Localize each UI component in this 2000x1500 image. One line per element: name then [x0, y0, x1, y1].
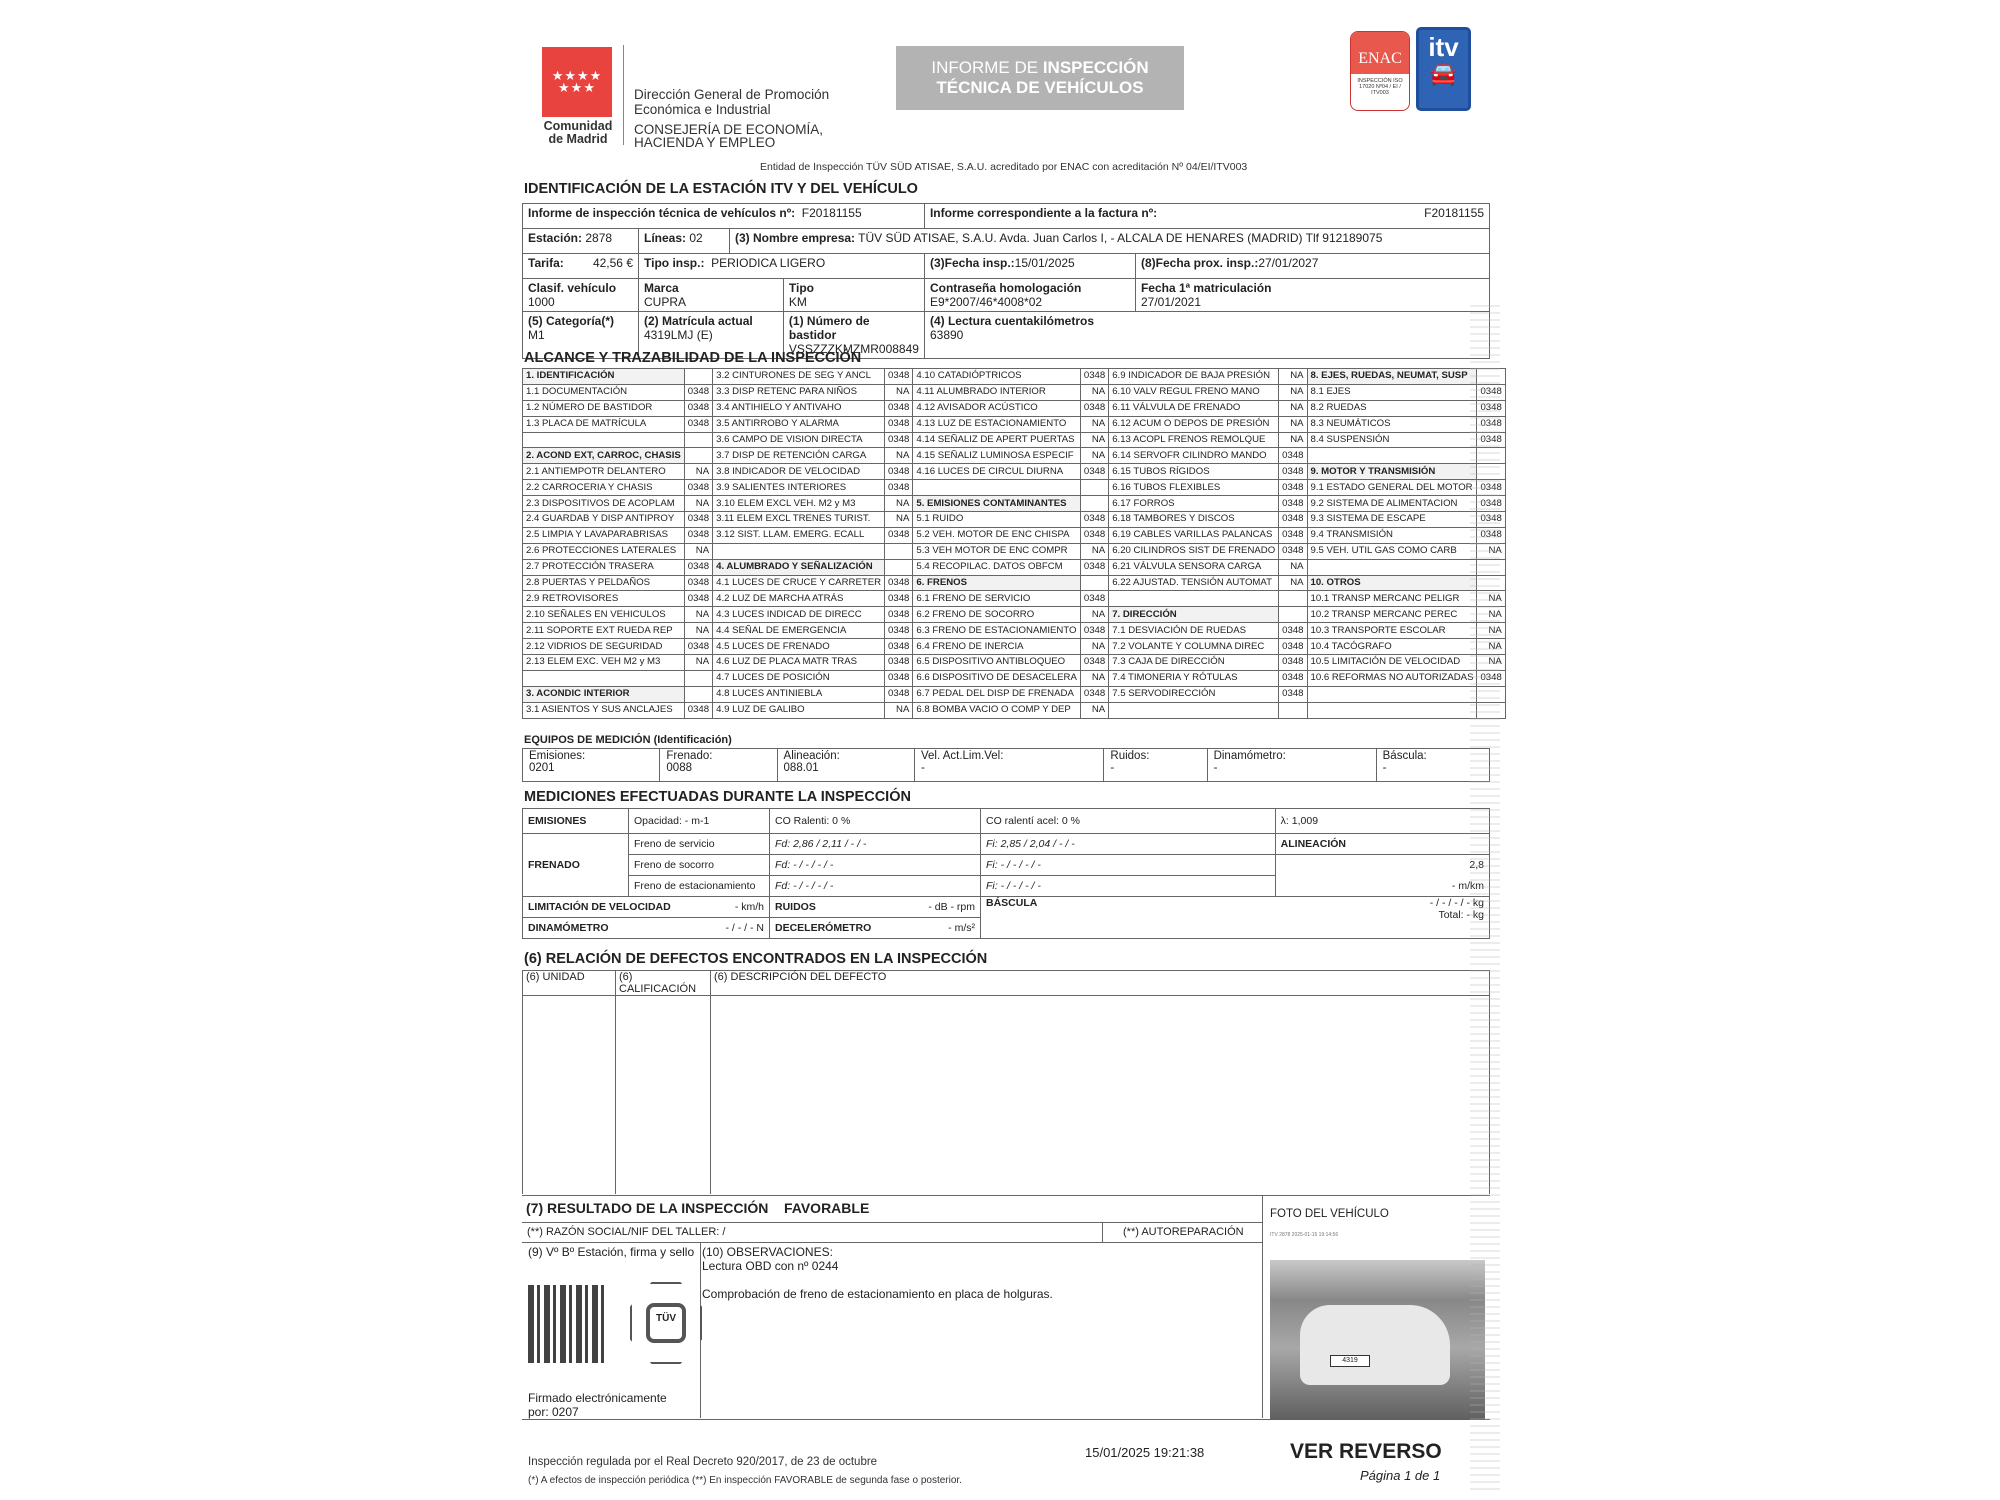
alcance-item-label: 3.3 DISP RETENC PARA NIÑOS [713, 384, 885, 400]
alcance-item-label [913, 480, 1080, 496]
alcance-row: 3.1 ASIENTOS Y SUS ANCLAJES03484.9 LUZ D… [523, 702, 1506, 718]
alcance-item-label [523, 432, 685, 448]
alcance-item-label: 7.2 VOLANTE Y COLUMNA DIREC [1109, 639, 1279, 655]
alcance-item-label: 4.5 LUCES DE FRENADO [713, 639, 885, 655]
fecha-prox-value: 27/01/2027 [1258, 256, 1318, 270]
alcance-item-label: 9.3 SISTEMA DE ESCAPE [1307, 512, 1477, 528]
alcance-item-code: NA [1279, 400, 1307, 416]
alcance-item-label: 3.12 SIST. LLAM. EMERG. ECALL [713, 527, 885, 543]
alcance-item-code: 0348 [885, 432, 913, 448]
alcance-table: 1. IDENTIFICACIÓN3.2 CINTURONES DE SEG Y… [522, 368, 1506, 719]
alcance-item-code [1279, 607, 1307, 623]
alcance-item-code: 0348 [885, 464, 913, 480]
observacion-2: Comprobación de freno de estacionamiento… [702, 1287, 1053, 1301]
alcance-item-label: 6.4 FRENO DE INERCIA [913, 639, 1080, 655]
alcance-item-code: 0348 [1279, 686, 1307, 702]
alcance-item-code: 0348 [684, 639, 712, 655]
lambda-value: λ: 1,009 [1275, 809, 1489, 834]
car-image-icon [1300, 1305, 1450, 1385]
alcance-item-code: 0348 [1080, 464, 1108, 480]
equipo-cell: Frenado:0088 [660, 749, 777, 782]
alcance-item-label: 4.7 LUCES DE POSICIÓN [713, 670, 885, 686]
alcance-item-code: 0348 [885, 480, 913, 496]
page-number: Página 1 de 1 [1360, 1468, 1440, 1483]
alcance-item-code: 0348 [885, 591, 913, 607]
alcance-item-label: 6.2 FRENO DE SOCORRO [913, 607, 1080, 623]
alcance-item-code [684, 448, 712, 464]
alcance-item-code: NA [684, 496, 712, 512]
alcance-item-label: 3.4 ANTIHIELO Y ANTIVAHO [713, 400, 885, 416]
alcance-item-label [1109, 702, 1279, 718]
alcance-item-label: 6.13 ACOPL FRENOS REMOLQUE [1109, 432, 1279, 448]
freno-estacionamiento-fd: Fd: - / - / - / - [770, 876, 981, 897]
alcance-item-label: 6.21 VÁLVULA SENSORA CARGA [1109, 559, 1279, 575]
alcance-item-code: NA [1080, 432, 1108, 448]
section-equipos-title: EQUIPOS DE MEDICIÓN (Identificación) [524, 734, 732, 746]
section-mediciones-title: MEDICIONES EFECTUADAS DURANTE LA INSPECC… [524, 789, 911, 805]
equipo-cell: Dinamómetro:- [1207, 749, 1376, 782]
alcance-item-label: 6.9 INDICADOR DE BAJA PRESIÓN [1109, 369, 1279, 385]
marca-value: CUPRA [644, 295, 778, 309]
alcance-group-header: 9. MOTOR Y TRANSMISIÓN [1307, 464, 1477, 480]
alcance-row: 1.2 NÚMERO DE BASTIDOR03483.4 ANTIHIELO … [523, 400, 1506, 416]
alcance-item-code: 0348 [684, 400, 712, 416]
co-ralenti-acel-value: CO ralentí acel: 0 % [981, 809, 1276, 834]
resultado-value: FAVORABLE [784, 1200, 869, 1216]
alcance-item-code: 0348 [684, 416, 712, 432]
alcance-item-code: NA [885, 702, 913, 718]
identificacion-table: Informe de inspección técnica de vehícul… [522, 203, 1490, 359]
alcance-row: 2. ACOND EXT, CARROC, CHASIS3.7 DISP DE … [523, 448, 1506, 464]
alcance-item-label: 4.2 LUZ DE MARCHA ATRÁS [713, 591, 885, 607]
alcance-row: 2.11 SOPORTE EXT RUEDA REPNA4.4 SEÑAL DE… [523, 623, 1506, 639]
alcance-item-label: 1.1 DOCUMENTACIÓN [523, 384, 685, 400]
alcance-item-code: NA [1279, 575, 1307, 591]
alcance-item-label: 2.1 ANTIEMPOTR DELANTERO [523, 464, 685, 480]
alcance-item-code: 0348 [885, 655, 913, 671]
freno-socorro-fd: Fd: - / - / - / - [770, 855, 981, 876]
alcance-item-code: NA [1080, 702, 1108, 718]
equipo-cell: Ruidos:- [1104, 749, 1207, 782]
equipo-label: Dinamómetro: [1214, 750, 1370, 762]
alcance-item-label: 6.10 VALV REGUL FRENO MANO [1109, 384, 1279, 400]
alcance-item-code: NA [1279, 384, 1307, 400]
tipo-insp-value: PERIODICA LIGERO [711, 256, 825, 270]
alcance-item-label: 6.20 CILINDROS SIST DE FRENADO [1109, 543, 1279, 559]
alcance-item-code [1080, 575, 1108, 591]
alcance-item-code: 0348 [684, 559, 712, 575]
alcance-item-code [1080, 496, 1108, 512]
alcance-item-label: 5.2 VEH. MOTOR DE ENC CHISPA [913, 527, 1080, 543]
report-title: INFORME DE INSPECCIÓNTÉCNICA DE VEHÍCULO… [896, 46, 1184, 110]
alcance-item-code: 0348 [684, 575, 712, 591]
alcance-item-label: 4.3 LUCES INDICAD DE DIRECC [713, 607, 885, 623]
equipo-label: Frenado: [666, 750, 770, 762]
alcance-item-code [684, 686, 712, 702]
alcance-item-code: 0348 [885, 607, 913, 623]
estacion-label: Estación: [528, 231, 582, 245]
categoria-value: M1 [528, 328, 633, 342]
alcance-item-code: NA [1080, 416, 1108, 432]
dg-line1: Dirección General de Promoción [634, 87, 829, 102]
alineacion-label: ALINEACIÓN [1275, 834, 1489, 855]
firmado-por: por: 0207 [528, 1405, 667, 1419]
co-ralenti-value: CO Ralenti: 0 % [770, 809, 981, 834]
alcance-item-label: 2.2 CARROCERIA Y CHASIS [523, 480, 685, 496]
section-alcance-title: ALCANCE Y TRAZABILIDAD DE LA INSPECCIÓN [524, 350, 861, 366]
alcance-item-label: 2.6 PROTECCIONES LATERALES [523, 543, 685, 559]
contrasena-value: E9*2007/46*4008*02 [930, 295, 1130, 309]
alcance-item-label: 3.1 ASIENTOS Y SUS ANCLAJES [523, 702, 685, 718]
enac-sub: INSPECCIÓN ISO 17020 Nº04 / EI / ITV003 [1351, 74, 1409, 96]
alcance-item-label: 4.6 LUZ DE PLACA MATR TRAS [713, 655, 885, 671]
col-calificacion: (6) CALIFICACIÓN [616, 971, 711, 996]
alcance-item-code: 0348 [885, 623, 913, 639]
alcance-item-code: 0348 [1279, 512, 1307, 528]
observacion-1: Lectura OBD con nº 0244 [702, 1259, 1053, 1273]
alcance-item-label: 6.7 PEDAL DEL DISP DE FRENADA [913, 686, 1080, 702]
alcance-item-code: NA [1080, 639, 1108, 655]
alcance-group-header: 7. DIRECCIÓN [1109, 607, 1279, 623]
alcance-item-label: 4.16 LUCES DE CIRCUL DIURNA [913, 464, 1080, 480]
factura-value: F20181155 [1424, 206, 1484, 220]
alcance-item-label: 6.22 AJUSTAD. TENSIÓN AUTOMAT [1109, 575, 1279, 591]
alcance-item-label [523, 670, 685, 686]
alcance-item-code: 0348 [885, 400, 913, 416]
alcance-item-code: 0348 [1279, 527, 1307, 543]
alcance-item-label: 10.1 TRANSP MERCANC PELIGR [1307, 591, 1477, 607]
alcance-item-label [1307, 559, 1477, 575]
alcance-item-code: 0348 [1080, 559, 1108, 575]
alcance-item-code: 0348 [885, 527, 913, 543]
alcance-item-code: 0348 [885, 416, 913, 432]
alcance-item-code [1279, 591, 1307, 607]
alcance-item-label: 3.7 DISP DE RETENCIÓN CARGA [713, 448, 885, 464]
alcance-item-label: 7.3 CAJA DE DIRECCIÓN [1109, 655, 1279, 671]
consejeria: CONSEJERÍA DE ECONOMÍA,HACIENDA Y EMPLEO [634, 123, 823, 149]
alcance-item-label: 4.8 LUCES ANTINIEBLA [713, 686, 885, 702]
alcance-item-code: 0348 [1279, 639, 1307, 655]
lim-vel-value: - km/h [735, 901, 764, 913]
scan-noise [1470, 300, 1500, 1490]
firmado-label: Firmado electrónicamente [528, 1391, 667, 1405]
title-light: INFORME DE [931, 58, 1042, 77]
alcance-item-label: 6.15 TUBOS RÍGIDOS [1109, 464, 1279, 480]
footer-decreto: Inspección regulada por el Real Decreto … [528, 1456, 877, 1468]
fecha-prox-label: (8)Fecha prox. insp.: [1141, 256, 1258, 270]
alcance-item-code: 0348 [1279, 480, 1307, 496]
equipos-table: Emisiones:0201Frenado:0088Alineación:088… [522, 748, 1490, 782]
alineacion-value: 2,8 [1275, 855, 1489, 876]
alcance-group-header: 8. EJES, RUEDAS, NEUMAT, SUSP [1307, 369, 1477, 385]
alcance-item-label: 10.5 LIMITACIÓN DE VELOCIDAD [1307, 655, 1477, 671]
alcance-item-code: 0348 [684, 512, 712, 528]
comunidad-madrid-name: Comunidadde Madrid [540, 120, 616, 146]
alcance-group-header: 1. IDENTIFICACIÓN [523, 369, 685, 385]
alcance-item-label: 2.10 SEÑALES EN VEHICULOS [523, 607, 685, 623]
dg-line2: Económica e Industrial [634, 102, 829, 117]
alcance-item-label: 6.12 ACUM O DEPOS DE PRESIÓN [1109, 416, 1279, 432]
alcance-item-code: 0348 [1279, 496, 1307, 512]
alcance-item-label: 8.3 NEUMÁTICOS [1307, 416, 1477, 432]
alcance-item-label: 7.1 DESVIACIÓN DE RUEDAS [1109, 623, 1279, 639]
alcance-item-code: 0348 [1279, 670, 1307, 686]
foto-label: FOTO DEL VEHÍCULO [1270, 1208, 1389, 1220]
cons-line2: HACIENDA Y EMPLEO [634, 136, 823, 149]
alcance-item-label: 8.4 SUSPENSIÓN [1307, 432, 1477, 448]
alcance-item-label: 2.13 ELEM EXC. VEH M2 y M3 [523, 655, 685, 671]
alcance-item-label: 2.9 RETROVISORES [523, 591, 685, 607]
alcance-item-code: NA [1080, 448, 1108, 464]
marca-label: Marca [644, 281, 778, 295]
alcance-item-label: 9.2 SISTEMA DE ALIMENTACION [1307, 496, 1477, 512]
alcance-row: 1.1 DOCUMENTACIÓN03483.3 DISP RETENC PAR… [523, 384, 1506, 400]
alcance-item-code: 0348 [1279, 448, 1307, 464]
comunidad-madrid-logo: ★★★★ ★★★ [542, 47, 612, 117]
alcance-item-code [684, 369, 712, 385]
alcance-item-label: 5.3 VEH MOTOR DE ENC COMPR [913, 543, 1080, 559]
alcance-item-label: 3.11 ELEM EXCL TRENES TURIST. [713, 512, 885, 528]
alcance-item-label: 8.2 RUEDAS [1307, 400, 1477, 416]
alcance-item-label: 6.14 SERVOFR CILINDRO MANDO [1109, 448, 1279, 464]
alcance-item-label: 2.12 VIDRIOS DE SEGURIDAD [523, 639, 685, 655]
itv-label: itv [1419, 32, 1468, 62]
alcance-item-code: 0348 [885, 639, 913, 655]
equipo-label: Ruidos: [1110, 750, 1200, 762]
equipo-label: Emisiones: [529, 750, 653, 762]
autoreparacion-label: (**) AUTOREPARACIÓN [1102, 1223, 1263, 1242]
stars-icon: ★★★★ ★★★ [542, 70, 612, 94]
car-icon: 🚘 [1419, 62, 1468, 86]
equipo-value: 088.01 [784, 762, 908, 774]
alcance-row: 2.3 DISPOSITIVOS DE ACOPLAMNA3.10 ELEM E… [523, 496, 1506, 512]
resultado-label: (7) RESULTADO DE LA INSPECCIÓN [526, 1200, 768, 1216]
bascula-total: Total: - kg [986, 909, 1484, 921]
alcance-item-code [885, 559, 913, 575]
alcance-item-label: 5.1 RUIDO [913, 512, 1080, 528]
alcance-item-code [1279, 702, 1307, 718]
alcance-item-label: 2.11 SOPORTE EXT RUEDA REP [523, 623, 685, 639]
alcance-row: 2.9 RETROVISORES03484.2 LUZ DE MARCHA AT… [523, 591, 1506, 607]
alcance-item-label: 10.6 REFORMAS NO AUTORIZADAS [1307, 670, 1477, 686]
alcance-item-code: NA [1279, 559, 1307, 575]
alcance-item-label: 6.19 CABLES VARILLAS PALANCAS [1109, 527, 1279, 543]
alcance-item-code: 0348 [1080, 655, 1108, 671]
equipo-label: Vel. Act.Lim.Vel: [921, 750, 1097, 762]
alcance-item-label: 5.4 RECOPILAC. DATOS OBFCM [913, 559, 1080, 575]
alcance-item-code: 0348 [885, 686, 913, 702]
taller-label: (**) RAZÓN SOCIAL/NIF DEL TALLER: / [522, 1226, 725, 1238]
alcance-row: 2.5 LIMPIA Y LAVAPARABRISAS03483.12 SIST… [523, 527, 1506, 543]
alcance-item-code: 0348 [885, 575, 913, 591]
factura-label: Informe correspondiente a la factura nº: [930, 206, 1157, 220]
alcance-item-code: NA [684, 607, 712, 623]
fecha-matric-label: Fecha 1ª matriculación [1141, 281, 1484, 295]
alcance-item-label: 2.8 PUERTAS Y PELDAÑOS [523, 575, 685, 591]
equipo-value: 0201 [529, 762, 653, 774]
alcance-item-label: 4.14 SEÑALIZ DE APERT PUERTAS [913, 432, 1080, 448]
opacidad-value: Opacidad: - m-1 [629, 809, 770, 834]
estacion-value: 2878 [585, 231, 612, 245]
alcance-row: 2.2 CARROCERIA Y CHASIS03483.9 SALIENTES… [523, 480, 1506, 496]
equipo-value: - [921, 762, 1097, 774]
entidad-text: Entidad de Inspección TÜV SÜD ATISAE, S.… [760, 161, 1247, 173]
header-divider [623, 45, 624, 145]
informe-value: F20181155 [802, 206, 862, 220]
taller-row: (**) RAZÓN SOCIAL/NIF DEL TALLER: / (**)… [522, 1222, 1262, 1243]
matricula-label: (2) Matrícula actual [644, 314, 778, 328]
alcance-item-code: 0348 [1080, 686, 1108, 702]
alcance-item-code: NA [684, 543, 712, 559]
alcance-item-label: 4.15 SEÑALIZ LUMINOSA ESPECIF [913, 448, 1080, 464]
alcance-item-label [1307, 448, 1477, 464]
alcance-item-code: 0348 [1080, 400, 1108, 416]
alcance-group-header: 6. FRENOS [913, 575, 1080, 591]
alcance-item-label [1307, 702, 1477, 718]
empresa-label: (3) Nombre empresa: [735, 231, 855, 245]
freno-estacionamiento-fi: Fi: - / - / - / - [981, 876, 1276, 897]
vehicle-photo: 4319 [1270, 1260, 1485, 1420]
alcance-item-code: NA [1080, 607, 1108, 623]
alcance-item-label: 4.4 SEÑAL DE EMERGENCIA [713, 623, 885, 639]
col-unidad: (6) UNIDAD [523, 971, 616, 996]
footer-timestamp: 15/01/2025 19:21:38 [1085, 1445, 1204, 1460]
alcance-item-code: 0348 [885, 369, 913, 385]
fecha-matric-value: 27/01/2021 [1141, 295, 1484, 309]
alcance-item-code: NA [1279, 369, 1307, 385]
plate-text: 4319 [1330, 1355, 1370, 1367]
equipo-cell: Vel. Act.Lim.Vel:- [914, 749, 1103, 782]
alcance-item-code: 0348 [1080, 623, 1108, 639]
freno-servicio-fi: Fi: 2,85 / 2,04 / - / - [981, 834, 1276, 855]
defecto-calificacion-cell [616, 996, 711, 1195]
contrasena-label: Contraseña homologación [930, 281, 1130, 295]
alcance-row: 3. ACONDIC INTERIOR4.8 LUCES ANTINIEBLA0… [523, 686, 1506, 702]
emisiones-label: EMISIONES [523, 809, 629, 834]
alcance-item-label: 2.7 PROTECCIÓN TRASERA [523, 559, 685, 575]
alcance-item-label: 2.5 LIMPIA Y LAVAPARABRISAS [523, 527, 685, 543]
alcance-row: 2.8 PUERTAS Y PELDAÑOS03484.1 LUCES DE C… [523, 575, 1506, 591]
alcance-item-code: 0348 [684, 384, 712, 400]
alcance-row: 4.7 LUCES DE POSICIÓN03486.6 DISPOSITIVO… [523, 670, 1506, 686]
firmado: Firmado electrónicamentepor: 0207 [528, 1391, 667, 1419]
freno-servicio-label: Freno de servicio [629, 834, 770, 855]
alcance-item-label: 6.3 FRENO DE ESTACIONAMIENTO [913, 623, 1080, 639]
alcance-item-label: 7.5 SERVODIRECCIÓN [1109, 686, 1279, 702]
alcance-item-code: 0348 [1080, 591, 1108, 607]
defecto-unidad-cell [523, 996, 616, 1195]
alcance-item-code: 0348 [1279, 464, 1307, 480]
alcance-item-code: NA [885, 496, 913, 512]
ruidos-label: RUIDOS [775, 901, 816, 913]
tipo-label: Tipo [789, 281, 919, 295]
fecha-insp-label: (3)Fecha insp.: [930, 256, 1015, 270]
alcance-item-code [684, 670, 712, 686]
resultado-title: (7) RESULTADO DE LA INSPECCIÓN FAVORABLE [526, 1200, 869, 1216]
alcance-group-header: 5. EMISIONES CONTAMINANTES [913, 496, 1080, 512]
km-label: (4) Lectura cuentakilómetros [930, 314, 1484, 328]
alcance-row: 2.7 PROTECCIÓN TRASERA03484. ALUMBRADO Y… [523, 559, 1506, 575]
alineacion-unit: - m/km [1275, 876, 1489, 897]
alcance-item-code [684, 432, 712, 448]
section-identificacion-title: IDENTIFICACIÓN DE LA ESTACIÓN ITV Y DEL … [524, 181, 918, 197]
stamp-text: TÜV [646, 1303, 686, 1343]
direccion-general: Dirección General de PromociónEconómica … [634, 87, 829, 117]
alcance-item-label: 4.13 LUZ DE ESTACIONAMIENTO [913, 416, 1080, 432]
alcance-item-code: NA [1080, 384, 1108, 400]
equipo-cell: Emisiones:0201 [523, 749, 660, 782]
alcance-item-code: NA [1080, 670, 1108, 686]
equipo-value: - [1214, 762, 1370, 774]
alcance-item-label: 4.12 AVISADOR ACÚSTICO [913, 400, 1080, 416]
alcance-row: 2.13 ELEM EXC. VEH M2 y M3NA4.6 LUZ DE P… [523, 655, 1506, 671]
alcance-item-code: NA [885, 448, 913, 464]
ruidos-value: - dB - rpm [928, 901, 975, 913]
alcance-item-label: 6.16 TUBOS FLEXIBLES [1109, 480, 1279, 496]
alcance-row: 2.6 PROTECCIONES LATERALESNA5.3 VEH MOTO… [523, 543, 1506, 559]
alcance-item-label: 2.3 DISPOSITIVOS DE ACOPLAM [523, 496, 685, 512]
decelerometro-label: DECELERÓMETRO [775, 922, 871, 934]
alcance-row: 2.1 ANTIEMPOTR DELANTERONA3.8 INDICADOR … [523, 464, 1506, 480]
footer-nota: (*) A efectos de inspección periódica (*… [528, 1475, 962, 1486]
alcance-item-code: NA [885, 384, 913, 400]
alcance-item-code: NA [684, 655, 712, 671]
lineas-label: Líneas: [644, 231, 686, 245]
alcance-item-code: 0348 [684, 527, 712, 543]
alcance-item-label: 9.1 ESTADO GENERAL DEL MOTOR [1307, 480, 1477, 496]
km-value: 63890 [930, 328, 1484, 342]
alcance-item-label: 7.4 TIMONERIA Y RÓTULAS [1109, 670, 1279, 686]
enac-logo: ENACINSPECCIÓN ISO 17020 Nº04 / EI / ITV… [1350, 31, 1410, 111]
alcance-item-label: 4.11 ALUMBRADO INTERIOR [913, 384, 1080, 400]
alcance-item-label: 10.4 TACÓGRAFO [1307, 639, 1477, 655]
decelerometro-value: - m/s² [948, 922, 975, 934]
clasif-label: Clasif. vehículo [528, 281, 633, 295]
foto-caption: ITV 2878 2025-01-15 19:14:56 [1270, 1232, 1338, 1238]
alcance-item-label: 10.3 TRANSPORTE ESCOLAR [1307, 623, 1477, 639]
alcance-group-header: 10. OTROS [1307, 575, 1477, 591]
alcance-item-code: NA [1279, 432, 1307, 448]
alcance-item-label: 10.2 TRANSP MERCANC PEREC [1307, 607, 1477, 623]
alcance-item-label: 1.3 PLACA DE MATRÍCULA [523, 416, 685, 432]
alcance-row: 3.6 CAMPO DE VISION DIRECTA03484.14 SEÑA… [523, 432, 1506, 448]
equipo-label: Alineación: [784, 750, 908, 762]
alcance-item-code: NA [1279, 416, 1307, 432]
alcance-item-code: 0348 [885, 670, 913, 686]
informe-label: Informe de inspección técnica de vehícul… [528, 206, 795, 220]
observaciones: (10) OBSERVACIONES: Lectura OBD con nº 0… [702, 1245, 1053, 1301]
alcance-item-code [885, 543, 913, 559]
alcance-row: 2.4 GUARDAB Y DISP ANTIPROY03483.11 ELEM… [523, 512, 1506, 528]
alcance-item-label: 6.11 VÁLVULA DE FRENADO [1109, 400, 1279, 416]
bastidor-label: (1) Número de bastidor [789, 314, 919, 342]
alcance-group-header: 3. ACONDIC INTERIOR [523, 686, 685, 702]
alcance-item-label [1307, 686, 1477, 702]
alcance-item-code: NA [1080, 543, 1108, 559]
alcance-item-code [1080, 480, 1108, 496]
alcance-item-label: 6.18 TAMBORES Y DISCOS [1109, 512, 1279, 528]
alcance-item-code: 0348 [1279, 623, 1307, 639]
alcance-item-label: 6.5 DISPOSITIVO ANTIBLOQUEO [913, 655, 1080, 671]
alcance-item-code: 0348 [1080, 369, 1108, 385]
alcance-row: 1. IDENTIFICACIÓN3.2 CINTURONES DE SEG Y… [523, 369, 1506, 385]
frenado-label: FRENADO [523, 834, 629, 897]
alcance-item-label: 6.8 BOMBA VACIO O COMP Y DEP [913, 702, 1080, 718]
alcance-item-code: NA [684, 623, 712, 639]
dinamometro-label: DINAMÓMETRO [528, 922, 609, 934]
alcance-row: 1.3 PLACA DE MATRÍCULA03483.5 ANTIRROBO … [523, 416, 1506, 432]
alcance-item-label: 9.5 VEH. UTIL GAS COMO CARB [1307, 543, 1477, 559]
